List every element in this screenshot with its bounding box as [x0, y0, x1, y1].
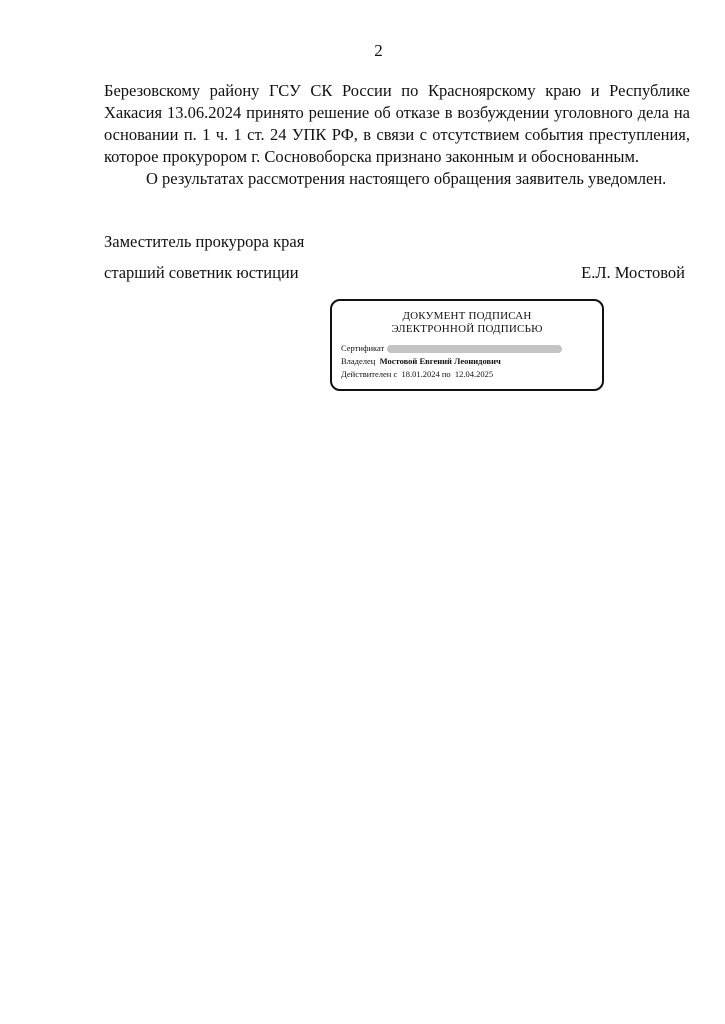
certificate-label: Сертификат [341, 343, 384, 353]
owner-value: Мостовой Евгений Леонидович [380, 356, 501, 366]
certificate-redacted-bar [387, 345, 562, 353]
signatory-name: Е.Л. Мостовой [581, 263, 685, 283]
paragraph-decision: Березовскому району ГСУ СК России по Кра… [104, 80, 690, 168]
stamp-title-line-2: ЭЛЕКТРОННОЙ ПОДПИСЬЮ [332, 323, 602, 336]
valid-to-date: 12.04.2025 [455, 369, 493, 379]
owner-label: Владелец [341, 356, 375, 366]
valid-label: Действителен [341, 369, 391, 379]
stamp-title-line-1: ДОКУМЕНТ ПОДПИСАН [332, 310, 602, 323]
valid-to-label: по [442, 369, 451, 379]
stamp-title: ДОКУМЕНТ ПОДПИСАН ЭЛЕКТРОННОЙ ПОДПИСЬЮ [332, 310, 602, 336]
electronic-signature-stamp: ДОКУМЕНТ ПОДПИСАН ЭЛЕКТРОННОЙ ПОДПИСЬЮ С… [330, 299, 604, 391]
stamp-certificate-row: Сертификат [332, 342, 602, 355]
signatory-position: Заместитель прокурора края [104, 232, 304, 252]
stamp-validity-row: Действителен с 18.01.2024 по 12.04.2025 [332, 368, 602, 381]
letter-body: Березовскому району ГСУ СК России по Кра… [104, 80, 690, 190]
valid-from-label: с [393, 369, 397, 379]
valid-from-date: 18.01.2024 [401, 369, 439, 379]
stamp-owner-row: Владелец Мостовой Евгений Леонидович [332, 355, 602, 368]
page-number: 2 [0, 41, 725, 61]
paragraph-notification: О результатах рассмотрения настоящего об… [104, 168, 690, 190]
signatory-rank: старший советник юстиции [104, 263, 299, 283]
